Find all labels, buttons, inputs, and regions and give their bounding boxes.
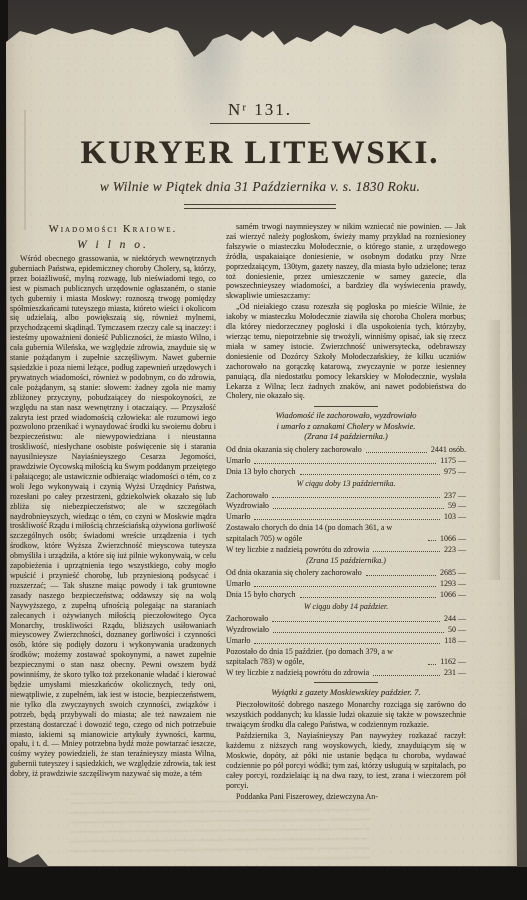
dot-leader (428, 540, 436, 541)
entry-value: 223 — (444, 545, 466, 555)
entry-label: Zachorowało (226, 491, 268, 501)
entry-label: Dnia 13 było chorych (226, 467, 296, 477)
paragraph: Poddanka Pani Fiszerowey, dziewczyna An- (226, 792, 466, 802)
report-heading-line: i umarło z oznakami Cholery w Moskwie. (226, 422, 466, 432)
entry-value: 118 — (444, 636, 466, 646)
report-entry: Pozostało do dnia 15 paździer. (po domac… (226, 647, 466, 668)
dot-leader (300, 597, 436, 598)
report-entry: Od dnia okazania się cholery zachorowało… (226, 445, 466, 455)
paper-fold-line (24, 110, 26, 230)
paragraph: Pieczołowitość dobrego naszego Monarchy … (226, 700, 466, 730)
entry-label: Zachorowało (226, 614, 268, 624)
entry-label: W tey liczbie z nadzieią powrótu do zdro… (226, 545, 369, 555)
report-entry: Dnia 15 było chorych 1066 — (226, 590, 466, 600)
report-entry: (Zrana 15 października.) (226, 556, 466, 566)
excerpt-body: Pieczołowitość dobrego naszego Monarchy … (226, 700, 466, 801)
entry-value: 975 — (444, 467, 466, 477)
newspaper-page: Nʳ 131. KURYER LITEWSKI. w Wilnie w Piąt… (0, 0, 527, 900)
entry-value: 1175 — (440, 456, 466, 466)
entry-value: 1162 — (440, 657, 466, 667)
report-heading: Wiadomość ile zachorowało, wyzdrowiało i… (226, 411, 466, 442)
issue-underline-rule (210, 123, 310, 124)
entry-value: 1066 — (440, 534, 466, 544)
paragraph: samém trwogi naymnieyszey w nikim wzniec… (226, 222, 466, 301)
entry-label: Umarło (226, 456, 250, 466)
entry-value: 231 — (444, 668, 466, 678)
report-entry: Umarło 1175 — (226, 456, 466, 466)
entry-label: Dnia 15 było chorych (226, 590, 296, 600)
report-entry: W ciągu doby 14 paździer. (226, 602, 466, 612)
dot-leader (254, 519, 440, 520)
entry-label: Od dnia okazania się cholery zachorowało (226, 568, 362, 578)
report-entries: Od dnia okazania się cholery zachorowało… (226, 445, 466, 679)
entry-label: Umarło (226, 636, 250, 646)
cholera-report: Wiadomość ile zachorowało, wyzdrowiało i… (226, 406, 466, 683)
dot-leader (254, 463, 436, 464)
newspaper-title: KURYER LITEWSKI. (30, 135, 490, 172)
dot-leader (428, 664, 436, 665)
report-heading-line: Wiadomość ile zachorowało, wyzdrowiało (226, 411, 466, 421)
dot-leader (373, 675, 440, 676)
report-entry: Wyzdrowiało 59 — (226, 501, 466, 511)
entry-value: 1066 — (440, 590, 466, 600)
issue-number: Nʳ 131. (30, 100, 490, 120)
paragraph: „Od nieiakiego czasu rozeszła się pogłos… (226, 302, 466, 401)
right-column-body: samém trwogi naymnieyszey w nikim wzniec… (226, 222, 466, 401)
entry-value: 244 — (444, 614, 466, 624)
report-entry: Zachorowało 237 — (226, 491, 466, 501)
entry-label: W ciągu doby 14 paździer. (304, 602, 388, 611)
dot-leader (273, 632, 444, 633)
report-entry: W tey liczbie z nadzieią powrótu do zdro… (226, 668, 466, 678)
paragraph: Wśród obecnego grassowania, w niektórych… (10, 254, 216, 779)
entry-value: 59 — (448, 501, 466, 511)
dot-leader (254, 586, 436, 587)
report-entry: Umarło 1293 — (226, 579, 466, 589)
entry-label: Od dnia okazania się cholery zachorowało (226, 445, 362, 455)
dot-leader (366, 575, 436, 576)
report-entry: W tey liczbie z nadzieią powrótu do zdro… (226, 545, 466, 555)
left-column: Wiadomości Kraiowe. W i l n o. Wśród obe… (10, 224, 216, 810)
dateline: w Wilnie w Piątek dnia 31 Października v… (30, 179, 490, 195)
entry-label: Zostawało chorych do dnia 14 (po domach … (226, 523, 424, 544)
entry-value: 1293 — (440, 579, 466, 589)
report-entry: Od dnia okazania się cholery zachorowało… (226, 568, 466, 578)
dot-leader (254, 643, 440, 644)
gazette-excerpt: Wyiątki z gazety Moskiewskiey paździer. … (226, 687, 466, 801)
entry-label: Pozostało do dnia 15 paździer. (po domac… (226, 647, 424, 668)
dot-leader (273, 508, 444, 509)
entry-value: 237 — (444, 491, 466, 501)
entry-label: Wyzdrowiało (226, 625, 269, 635)
dot-leader (272, 621, 440, 622)
report-entry: Wyzdrowiało 50 — (226, 625, 466, 635)
masthead: Nʳ 131. KURYER LITEWSKI. w Wilnie w Piąt… (30, 100, 490, 209)
section-header: Wiadomości Kraiowe. (10, 224, 216, 235)
dot-leader (272, 497, 440, 498)
entry-label: Umarło (226, 579, 250, 589)
report-heading-line: (Zrana 14 października.) (226, 432, 466, 442)
scan-bottom-border (0, 867, 527, 900)
entry-value: 50 — (448, 625, 466, 635)
entry-label: W tey liczbie z nadzieią powrótu do zdro… (226, 668, 369, 678)
report-bottom-rule (314, 682, 378, 683)
entry-label: Wyzdrowiało (226, 501, 269, 511)
entry-value: 2441 osób. (431, 445, 466, 455)
dot-leader (373, 551, 440, 552)
report-entry: Umarło 103 — (226, 512, 466, 522)
dot-leader (300, 474, 440, 475)
scanned-newspaper-view: Nʳ 131. KURYER LITEWSKI. w Wilnie w Piąt… (0, 0, 527, 900)
left-column-body: Wśród obecnego grassowania, w niektórych… (10, 254, 216, 779)
entry-label: Umarło (226, 512, 250, 522)
entry-label: W ciągu doby 13 października. (297, 479, 396, 488)
paragraph: Października 3, Nayiaśnieyszy Pan naywyż… (226, 731, 466, 790)
report-entry: Umarło 118 — (226, 636, 466, 646)
report-entry: Zachorowało 244 — (226, 614, 466, 624)
right-column: samém trwogi naymnieyszey w nikim wzniec… (226, 222, 466, 814)
excerpt-heading: Wyiątki z gazety Moskiewskiey paździer. … (226, 687, 466, 697)
report-entry: W ciągu doby 13 października. (226, 479, 466, 489)
entry-value: 2685 — (440, 568, 466, 578)
report-entry: Zostawało chorych do dnia 14 (po domach … (226, 523, 466, 544)
paper-edge-stain (486, 320, 500, 580)
dot-leader (366, 452, 427, 453)
entry-label: (Zrana 15 października.) (306, 556, 386, 565)
masthead-double-rule (184, 204, 336, 209)
entry-value: 103 — (444, 512, 466, 522)
section-subheader: W i l n o. (10, 239, 216, 251)
report-entry: Dnia 13 było chorych 975 — (226, 467, 466, 477)
report-top-rule (314, 406, 378, 407)
